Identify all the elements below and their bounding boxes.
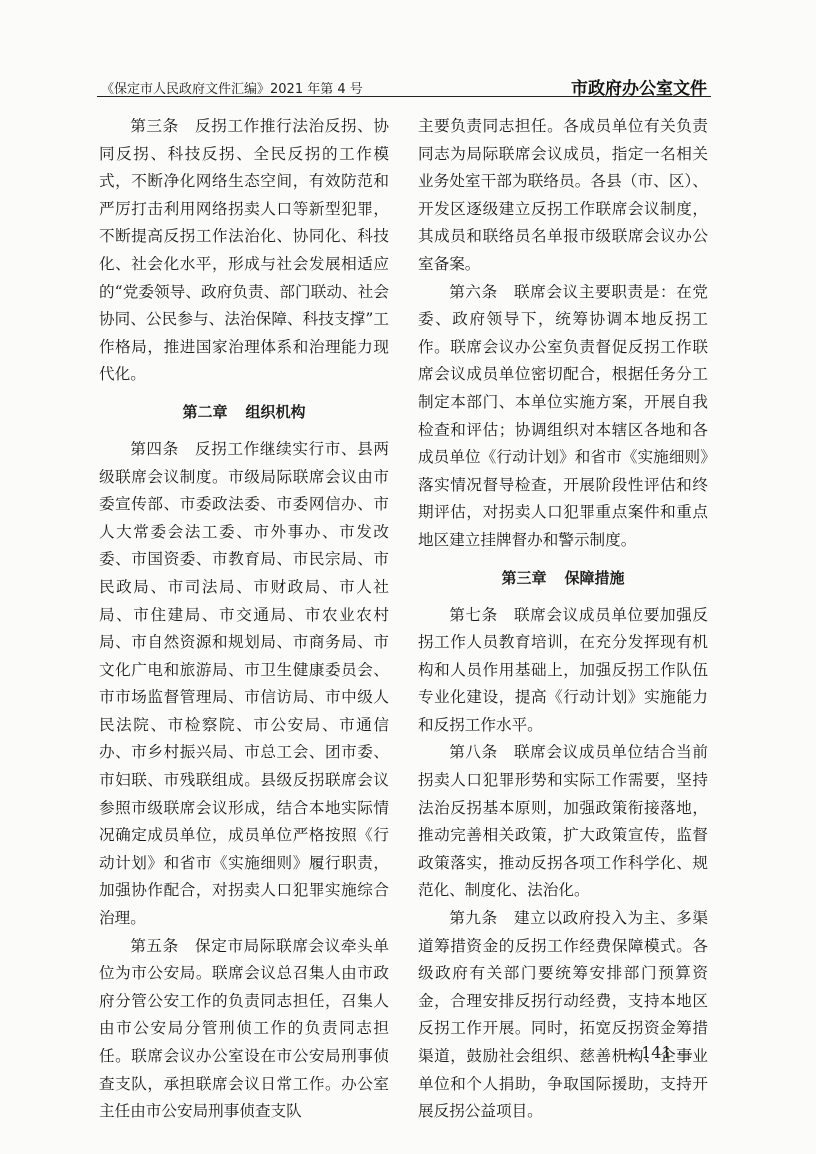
- left-column: 第三条 反拐工作推行法治反拐、协同反拐、科技反拐、全民反拐的工作模式，不断净化网…: [99, 113, 389, 1126]
- running-header: 《保定市人民政府文件汇编》2021 年第 4 号 市政府办公室文件: [97, 74, 711, 97]
- chapter-number: 第二章: [182, 403, 227, 421]
- article-3: 第三条 反拐工作推行法治反拐、协同反拐、科技反拐、全民反拐的工作模式，不断净化网…: [99, 113, 389, 389]
- article-5-part-1: 第五条 保定市局际联席会议牵头单位为市公安局。联席会议总召集人由市政府分管公安工…: [99, 933, 389, 1126]
- article-5-part-2: 主要负责同志担任。各成员单位有关负责同志为局际联席会议成员，指定一名相关业务处室…: [418, 113, 708, 279]
- article-4: 第四条 反拐工作继续实行市、县两级联席会议制度。市级局际联席会议由市委宣传部、市…: [99, 436, 389, 933]
- chapter-2-heading: 第二章组织机构: [99, 399, 389, 426]
- article-6: 第六条 联席会议主要职责是：在党委、政府领导下，统筹协调本地反拐工作。联席会议办…: [418, 279, 708, 555]
- article-7: 第七条 联席会议成员单位要加强反拐工作人员教育培训，在充分发挥现有机构和人员作用…: [418, 602, 708, 740]
- chapter-title: 组织机构: [246, 403, 306, 421]
- page-number: — 141 —: [620, 1043, 693, 1062]
- article-8: 第八条 联席会议成员单位结合当前拐卖人口犯罪形势和实际工作需要，坚持法治反拐基本…: [418, 739, 708, 905]
- right-column: 主要负责同志担任。各成员单位有关负责同志为局际联席会议成员，指定一名相关业务处室…: [418, 113, 708, 1126]
- chapter-number: 第三章: [501, 569, 546, 587]
- article-9: 第九条 建立以政府投入为主、多渠道筹措资金的反拐工作经费保障模式。各级政府有关部…: [418, 905, 708, 1126]
- publication-title: 《保定市人民政府文件汇编》2021 年第 4 号: [101, 78, 363, 97]
- chapter-title: 保障措施: [565, 569, 625, 587]
- section-title: 市政府办公室文件: [571, 74, 707, 99]
- chapter-3-heading: 第三章保障措施: [418, 565, 708, 592]
